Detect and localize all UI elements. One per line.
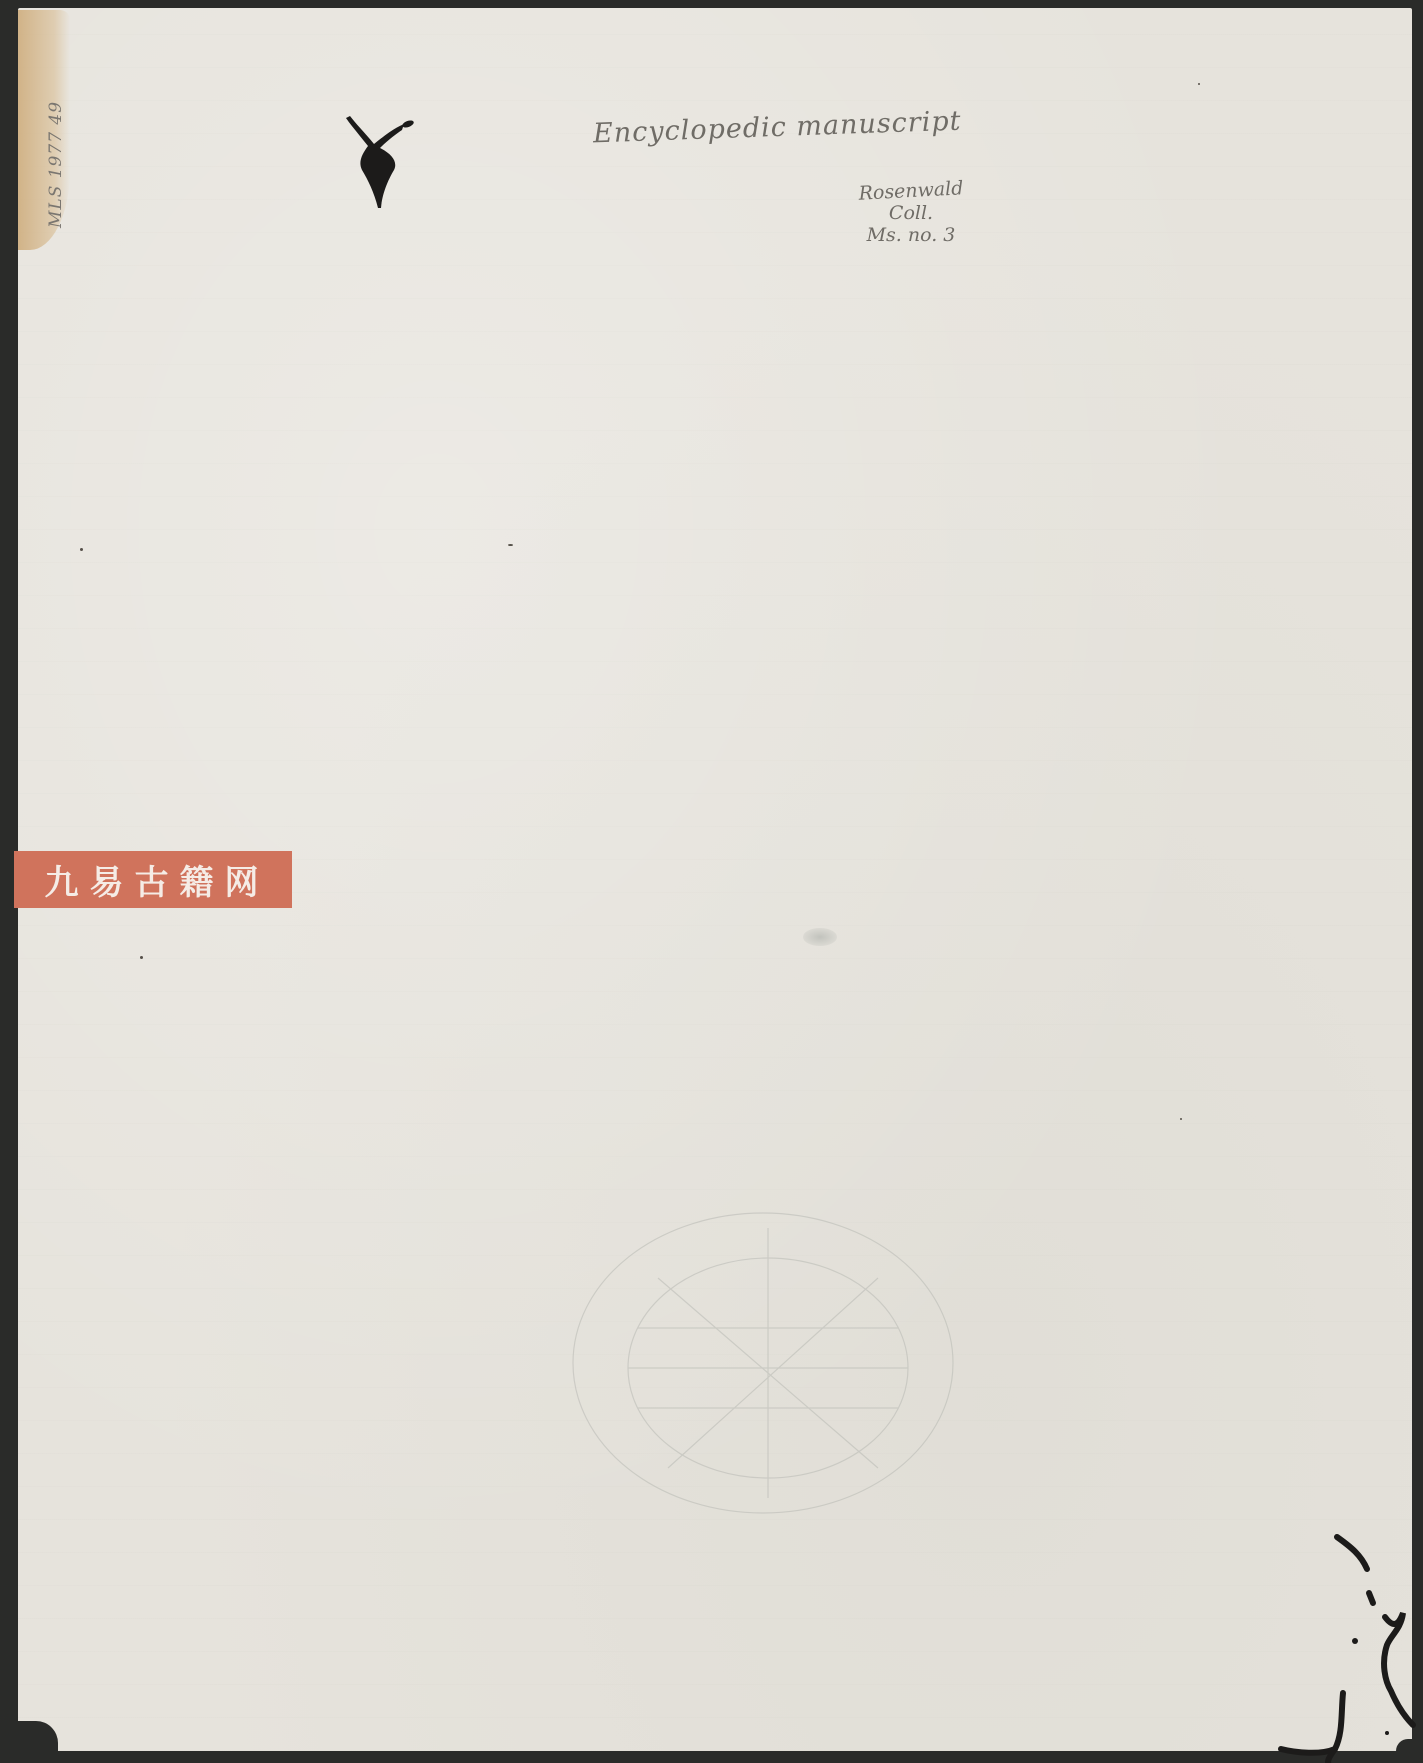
watermark-banner: 九易古籍网 (14, 851, 292, 908)
title-note: Encyclopedic manuscript (593, 106, 962, 150)
collection-note: Rosenwald Coll. Ms. no. 3 (836, 180, 986, 246)
speck (1180, 1118, 1182, 1120)
speck (1198, 83, 1200, 85)
watermark-text: 九易古籍网 (45, 855, 270, 904)
speck (140, 956, 143, 959)
collection-note-line: Coll. (836, 202, 986, 224)
ink-squiggle-icon (1273, 1513, 1423, 1763)
speck (508, 544, 513, 546)
margin-note: MLS 1977 49 (46, 101, 66, 228)
scan-background: MLS 1977 49 Encyclopedic manuscript Rose… (0, 0, 1423, 1763)
show-through-diagram-icon (538, 1188, 978, 1528)
speck (80, 548, 83, 551)
ink-blot-icon (344, 114, 424, 214)
smudge (803, 928, 837, 946)
torn-corner (18, 1721, 58, 1751)
collection-note-line: Ms. no. 3 (836, 224, 986, 246)
